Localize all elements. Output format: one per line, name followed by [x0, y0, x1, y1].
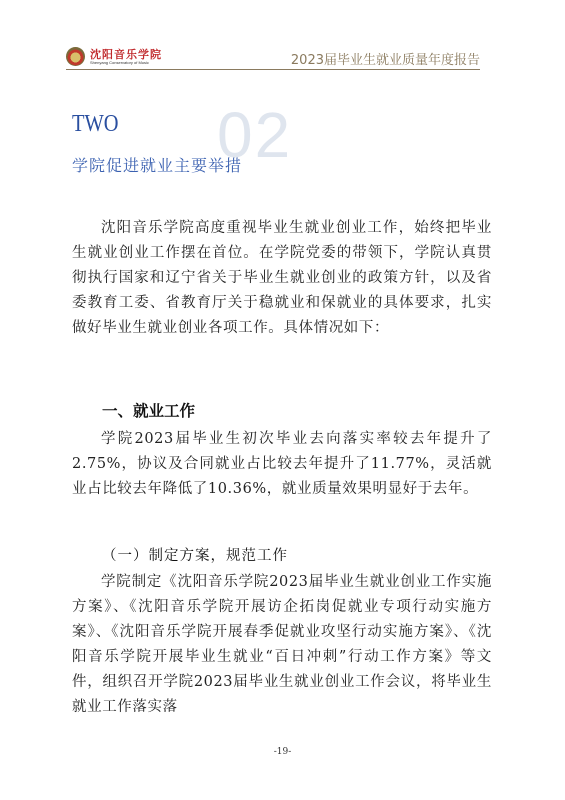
subsection-heading: （一）制定方案，规范工作 [102, 544, 288, 565]
intro-paragraph-block: 沈阳音乐学院高度重视毕业生就业创业工作，始终把毕业生就业创业工作摆在首位。在学院… [72, 216, 492, 341]
section-heading: 一、就业工作 [102, 399, 195, 421]
school-name-en: Shenyang Conservatory of Music [90, 60, 149, 65]
page-number: -19- [0, 747, 565, 757]
section-paragraph-block: 学院2023届毕业生初次毕业去向落实率较去年提升了2.75%，协议及合同就业占比… [72, 427, 492, 502]
school-logo-icon [66, 47, 85, 66]
intro-paragraph: 沈阳音乐学院高度重视毕业生就业创业工作，始终把毕业生就业创业工作摆在首位。在学院… [72, 216, 492, 341]
header-divider [66, 69, 480, 70]
report-title: 2023届毕业生就业质量年度报告 [291, 49, 480, 68]
subsection-paragraph: 学院制定《沈阳音乐学院2023届毕业生就业创业工作实施方案》、《沈阳音乐学院开展… [72, 570, 492, 720]
section-paragraph: 学院2023届毕业生初次毕业去向落实率较去年提升了2.75%，协议及合同就业占比… [72, 427, 492, 502]
chapter-title: 学院促进就业主要举措 [72, 158, 242, 174]
chapter-english-label: TWO [72, 112, 118, 136]
subsection-paragraph-block: 学院制定《沈阳音乐学院2023届毕业生就业创业工作实施方案》、《沈阳音乐学院开展… [72, 570, 492, 720]
page-header: 沈阳音乐学院 Shenyang Conservatory of Music 20… [66, 44, 480, 70]
